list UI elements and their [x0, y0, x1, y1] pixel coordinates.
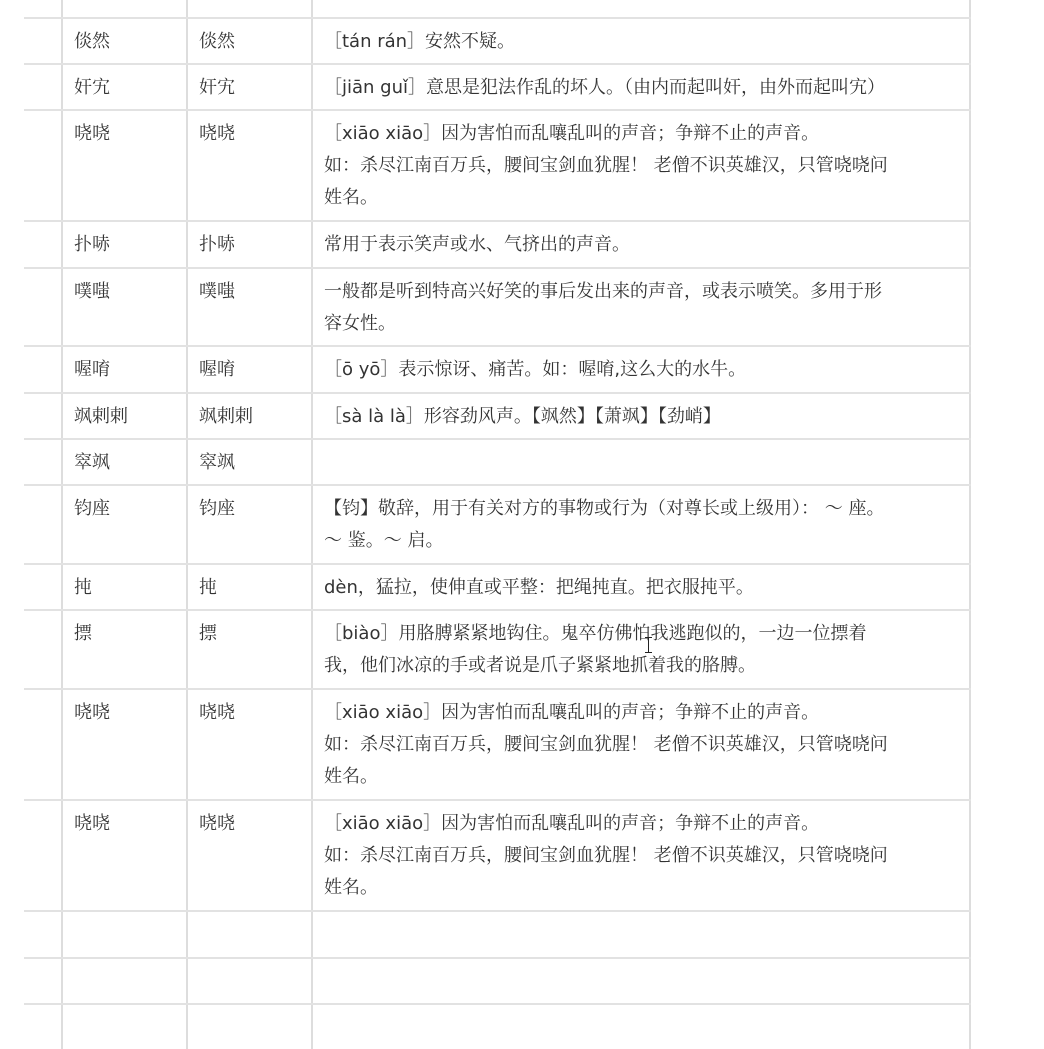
word-cell-2[interactable]: 倓然: [199, 19, 317, 58]
word-cell-2[interactable]: [199, 912, 317, 919]
word-cell[interactable]: [74, 1005, 192, 1012]
word-cell-2[interactable]: 噗嗤: [199, 269, 317, 308]
table-row[interactable]: 摽 摽 ［biào］用胳膊紧紧地钩住。鬼卒仿佛怕我逃跑似的，一边一位摽着 我，他…: [24, 611, 970, 688]
definition-line: 一般都是听到特高兴好笑的事后发出来的声音，或表示喷笑。多用于形: [324, 276, 960, 308]
definition-line: ［ō yō］表示惊讶、痛苦。如：喔唷,这么大的水牛。: [324, 354, 960, 386]
definition-line: 常用于表示笑声或水、气挤出的声音。: [324, 229, 960, 261]
word-cell-2[interactable]: 钧座: [199, 486, 317, 525]
word-cell[interactable]: [74, 912, 192, 919]
definition-line: dèn，猛拉，使伸直或平整：把绳扽直。把衣服扽平。: [324, 572, 960, 604]
word-cell[interactable]: [74, 959, 192, 966]
word-cell-2[interactable]: 飒剌剌: [199, 394, 317, 433]
definition-cell[interactable]: [324, 1005, 960, 1012]
empty-table-row[interactable]: [24, 912, 970, 957]
word-cell-2[interactable]: [199, 959, 317, 966]
word-cell[interactable]: 窣飒: [74, 440, 192, 479]
definition-line: 姓名。: [324, 761, 960, 793]
word-cell[interactable]: 喔唷: [74, 347, 192, 386]
definition-line: 我，他们冰凉的手或者说是爪子紧紧地抓着我的胳膊。: [324, 650, 960, 682]
word-cell[interactable]: 摽: [74, 611, 192, 650]
table-row[interactable]: 奸宄 奸宄 ［jiān guǐ］意思是犯法作乱的坏人。（由内而起叫奸，由外而起叫…: [24, 65, 970, 109]
word-cell-2[interactable]: 哓哓: [199, 690, 317, 729]
table-row[interactable]: 钧座 钧座 【钧】敬辞，用于有关对方的事物或行为（对尊长或上级用）： ～ 座。 …: [24, 486, 970, 563]
table-row[interactable]: 扑哧 扑哧 常用于表示笑声或水、气挤出的声音。: [24, 222, 970, 267]
definition-cell[interactable]: 常用于表示笑声或水、气挤出的声音。: [324, 222, 960, 261]
definition-cell[interactable]: ［jiān guǐ］意思是犯法作乱的坏人。（由内而起叫奸，由外而起叫宄）: [324, 65, 960, 104]
definition-line: ［sà là là］形容劲风声。【飒然】【萧飒】【劲峭】: [324, 401, 960, 433]
word-cell[interactable]: 钧座: [74, 486, 192, 525]
word-cell-2[interactable]: 哓哓: [199, 111, 317, 150]
empty-table-row[interactable]: [24, 959, 970, 1003]
word-cell-2[interactable]: 哓哓: [199, 801, 317, 840]
definition-cell[interactable]: ［ō yō］表示惊讶、痛苦。如：喔唷,这么大的水牛。: [324, 347, 960, 386]
table-row[interactable]: 哓哓 哓哓 ［xiāo xiāo］因为害怕而乱嚷乱叫的声音；争辩不止的声音。 如…: [24, 801, 970, 910]
definition-cell[interactable]: ［biào］用胳膊紧紧地钩住。鬼卒仿佛怕我逃跑似的，一边一位摽着 我，他们冰凉的…: [324, 611, 960, 682]
word-cell[interactable]: 哓哓: [74, 690, 192, 729]
word-cell-2[interactable]: 扑哧: [199, 222, 317, 261]
definition-cell[interactable]: 一般都是听到特高兴好笑的事后发出来的声音，或表示喷笑。多用于形 容女性。: [324, 269, 960, 340]
definition-line: ［biào］用胳膊紧紧地钩住。鬼卒仿佛怕我逃跑似的，一边一位摽着: [324, 618, 960, 650]
definition-line: ［xiāo xiāo］因为害怕而乱嚷乱叫的声音；争辩不止的声音。: [324, 697, 960, 729]
definition-line: ［xiāo xiāo］因为害怕而乱嚷乱叫的声音；争辩不止的声音。: [324, 118, 960, 150]
definition-line: 容女性。: [324, 308, 960, 340]
word-cell[interactable]: 飒剌剌: [74, 394, 192, 433]
table-row[interactable]: 噗嗤 噗嗤 一般都是听到特高兴好笑的事后发出来的声音，或表示喷笑。多用于形 容女…: [24, 269, 970, 345]
word-cell-2[interactable]: 喔唷: [199, 347, 317, 386]
table-row[interactable]: 扽 扽 dèn，猛拉，使伸直或平整：把绳扽直。把衣服扽平。: [24, 565, 970, 609]
definition-line: ［tán rán］安然不疑。: [324, 26, 960, 58]
definition-line: 如：杀尽江南百万兵，腰间宝剑血犹腥！ 老僧不识英雄汉，只管哓哓问: [324, 840, 960, 872]
definition-line: ［jiān guǐ］意思是犯法作乱的坏人。（由内而起叫奸，由外而起叫宄）: [324, 72, 960, 104]
word-cell[interactable]: 哓哓: [74, 801, 192, 840]
definition-cell[interactable]: dèn，猛拉，使伸直或平整：把绳扽直。把衣服扽平。: [324, 565, 960, 604]
table-row[interactable]: 喔唷 喔唷 ［ō yō］表示惊讶、痛苦。如：喔唷,这么大的水牛。: [24, 347, 970, 392]
text-cursor-icon: [645, 637, 653, 653]
word-cell[interactable]: 扽: [74, 565, 192, 604]
definition-line: ［xiāo xiāo］因为害怕而乱嚷乱叫的声音；争辩不止的声音。: [324, 808, 960, 840]
word-cell-2[interactable]: 奸宄: [199, 65, 317, 104]
definition-line: 姓名。: [324, 872, 960, 904]
word-cell[interactable]: 哓哓: [74, 111, 192, 150]
definition-cell[interactable]: ［xiāo xiāo］因为害怕而乱嚷乱叫的声音；争辩不止的声音。 如：杀尽江南百…: [324, 690, 960, 793]
word-cell[interactable]: 倓然: [74, 19, 192, 58]
word-cell[interactable]: 噗嗤: [74, 269, 192, 308]
definition-cell[interactable]: ［xiāo xiāo］因为害怕而乱嚷乱叫的声音；争辩不止的声音。 如：杀尽江南百…: [324, 111, 960, 214]
word-cell-2[interactable]: 窣飒: [199, 440, 317, 479]
table-row[interactable]: 哓哓 哓哓 ［xiāo xiāo］因为害怕而乱嚷乱叫的声音；争辩不止的声音。 如…: [24, 690, 970, 799]
definition-line: 如：杀尽江南百万兵，腰间宝剑血犹腥！ 老僧不识英雄汉，只管哓哓问: [324, 150, 960, 182]
table-row[interactable]: 窣飒 窣飒: [24, 440, 970, 484]
definition-cell[interactable]: [324, 440, 960, 447]
word-cell-2[interactable]: 摽: [199, 611, 317, 650]
empty-table-row[interactable]: [24, 1005, 970, 1049]
definition-line: 如：杀尽江南百万兵，腰间宝剑血犹腥！ 老僧不识英雄汉，只管哓哓问: [324, 729, 960, 761]
table-row[interactable]: 哓哓 哓哓 ［xiāo xiāo］因为害怕而乱嚷乱叫的声音；争辩不止的声音。 如…: [24, 111, 970, 220]
vocabulary-table: 逶迤迤。 倓然 倓然 ［tán rán］安然不疑。 奸宄 奸宄 ［jiān gu…: [0, 0, 1044, 1049]
definition-line: ～ 鉴。～ 启。: [324, 525, 960, 557]
definition-cell[interactable]: ［sà là là］形容劲风声。【飒然】【萧飒】【劲峭】: [324, 394, 960, 433]
partial-previous-row-text: 逶迤迤。: [324, 0, 396, 6]
definition-cell[interactable]: ［xiāo xiāo］因为害怕而乱嚷乱叫的声音；争辩不止的声音。 如：杀尽江南百…: [324, 801, 960, 904]
definition-cell[interactable]: [324, 959, 960, 966]
definition-cell[interactable]: ［tán rán］安然不疑。: [324, 19, 960, 58]
word-cell[interactable]: 扑哧: [74, 222, 192, 261]
definition-cell[interactable]: 【钧】敬辞，用于有关对方的事物或行为（对尊长或上级用）： ～ 座。 ～ 鉴。～ …: [324, 486, 960, 557]
word-cell[interactable]: 奸宄: [74, 65, 192, 104]
word-cell-2[interactable]: [199, 1005, 317, 1012]
definition-line: 【钧】敬辞，用于有关对方的事物或行为（对尊长或上级用）： ～ 座。: [324, 493, 960, 525]
table-row[interactable]: 倓然 倓然 ［tán rán］安然不疑。: [24, 19, 970, 63]
definition-line: 姓名。: [324, 182, 960, 214]
definition-cell[interactable]: [324, 912, 960, 919]
table-row[interactable]: 飒剌剌 飒剌剌 ［sà là là］形容劲风声。【飒然】【萧飒】【劲峭】: [24, 394, 970, 438]
word-cell-2[interactable]: 扽: [199, 565, 317, 604]
